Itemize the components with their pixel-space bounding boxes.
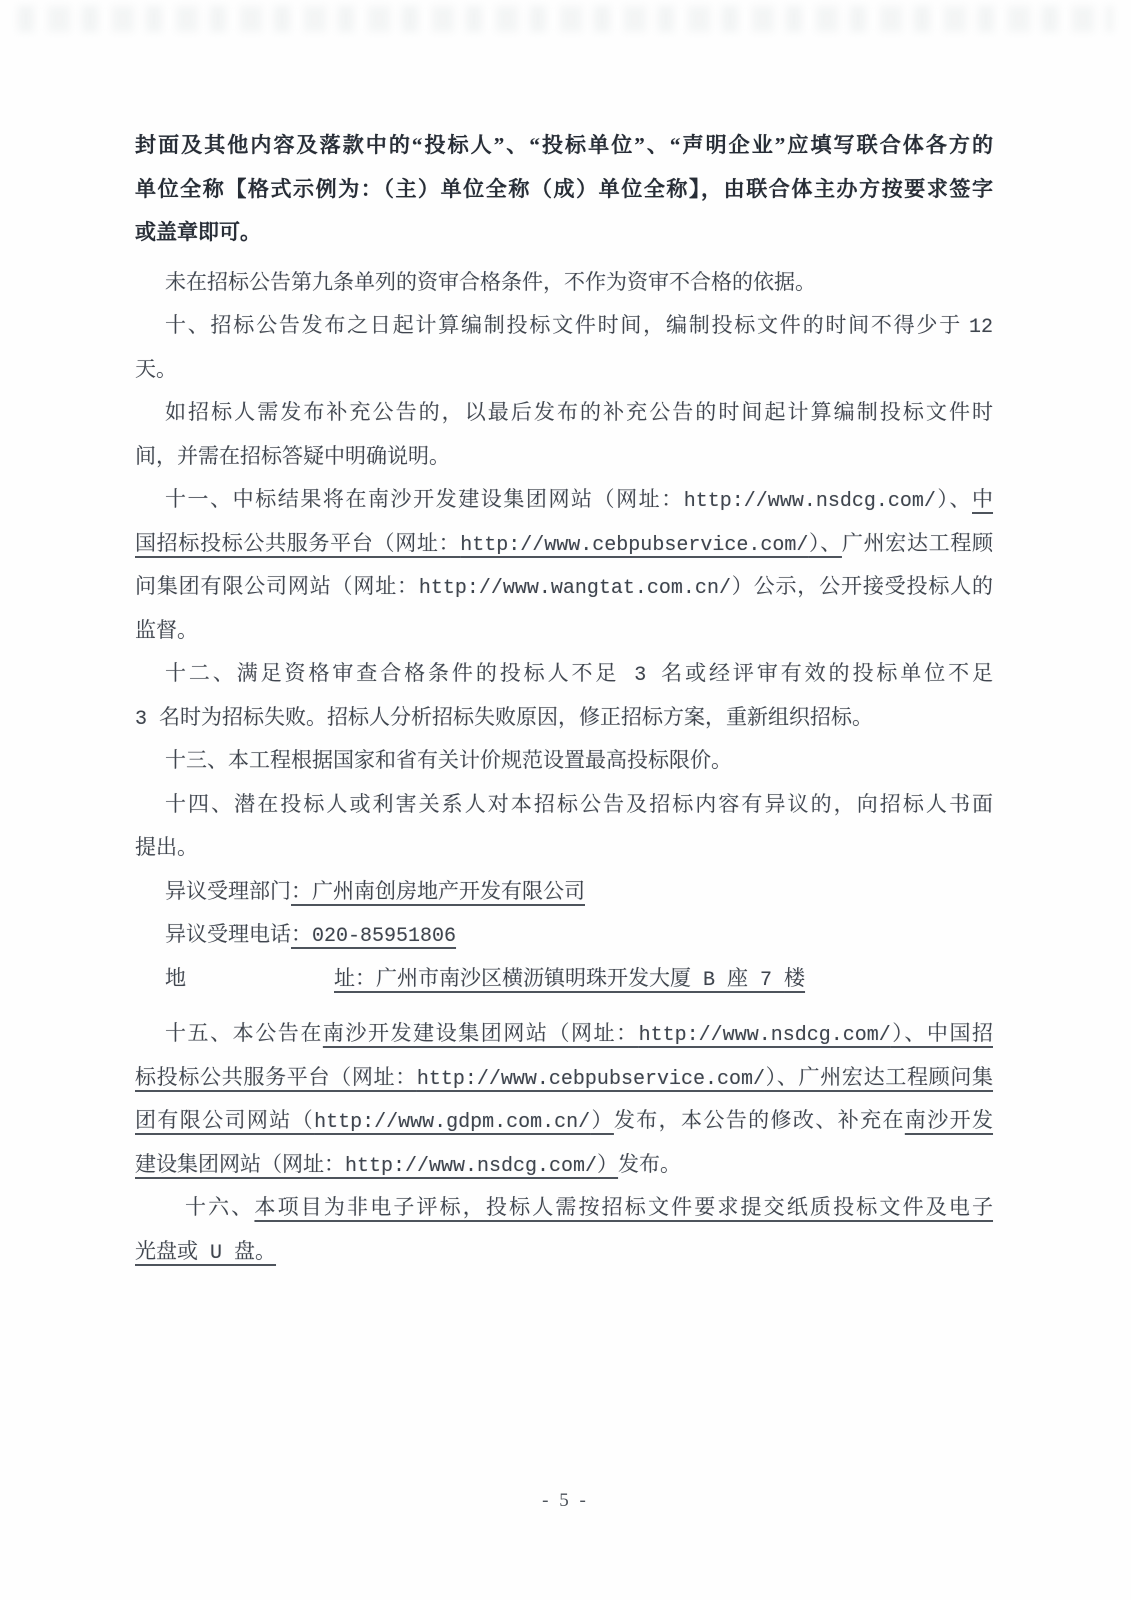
text-segment: 3 [619,664,661,687]
text-segment: 12 [969,316,993,339]
text-line: 或盖章即可。 [135,211,993,255]
text-segment: 南沙开发建设集团网站（网址： [323,1021,639,1045]
text-segment: 名时为招标失败。招标人分析招标失败原因，修正招标方案，重新组织招标。 [159,705,873,729]
text-segment: 未在招标公告第九条单列的资审合格条件，不作为资审不合格的依据。 [165,270,816,294]
text-segment: 间，并需在招标答疑中明确说明。 [135,444,450,468]
text-segment: 南沙开发 [905,1108,993,1132]
text-segment: http://www.nsdcg.com/ [639,1024,891,1047]
text-segment: 如招标人需发布补充公告的，以最后发布的补充公告的时间起计算编制投标文件时 [165,400,993,424]
scan-bleedthrough-artifact [18,6,1113,32]
text-segment: ）、 [936,487,972,511]
text-line: 十一、中标结果将在南沙开发建设集团网站（网址：http://www.nsdcg.… [135,478,993,522]
text-line: 光盘或 U 盘。 [135,1230,993,1274]
text-segment: 发布，本公告的修改、补充在 [614,1108,905,1132]
text-line: 监督。 [135,609,993,653]
text-line: 十、招标公告发布之日起计算编制投标文件时间，编制投标文件的时间不得少于 12 [135,304,993,348]
text-line: 地址：广州市南沙区横沥镇明珠开发大厦 B 座 7 楼 [135,957,993,1001]
text-line: 未在招标公告第九条单列的资审合格条件，不作为资审不合格的依据。 [135,261,993,305]
text-segment: 座 [727,966,748,990]
text-segment: 提出。 [135,835,198,859]
text-segment: http://www.nsdcg.com/ [684,490,936,513]
text-segment: 广州宏达工程顾 [842,531,993,555]
document-body: 封面及其他内容及落款中的“投标人”、“投标单位”、“声明企业”应填写联合体各方的… [135,124,993,1273]
text-line: 封面及其他内容及落款中的“投标人”、“投标单位”、“声明企业”应填写联合体各方的 [135,124,993,168]
text-segment: 十二、满足资格审查合格条件的投标人不足 [165,661,619,685]
text-segment: ）、中国招 [891,1021,993,1045]
text-segment: 3 [135,708,159,731]
text-segment: 发布。 [618,1152,681,1176]
text-segment: 十五、本公告在 [165,1021,323,1045]
text-line: 单位全称【格式示例为：（主）单位全称（成）单位全称】，由联合体主办方按要求签字 [135,168,993,212]
text-segment: 或盖章即可。 [135,220,261,244]
text-segment: 建设集团网站（网址： [135,1152,345,1176]
text-segment: http://www.cebpubservice.com/ [417,1068,765,1091]
text-segment: 十、招标公告发布之日起计算编制投标文件时间，编制投标文件的时间不得少于 [165,313,969,337]
text-segment: 单位全称【格式示例为：（主）单位全称（成）单位全称】，由联合体主办方按要求签字 [135,177,993,201]
text-segment: 团有限公司网站（ [135,1108,314,1132]
text-segment: 楼 [784,966,805,990]
text-line: 如招标人需发布补充公告的，以最后发布的补充公告的时间起计算编制投标文件时 [135,391,993,435]
text-segment: ： [291,922,312,946]
text-segment: 十四、潜在投标人或利害关系人对本招标公告及招标内容有异议的，向招标人书面 [165,792,993,816]
text-segment: 异议受理部门 [165,879,291,903]
text-segment: 十一、中标结果将在南沙开发建设集团网站（网址： [165,487,684,511]
text-segment: 020-85951806 [312,925,456,948]
text-line: 3 名时为招标失败。招标人分析招标失败原因，修正招标方案，重新组织招标。 [135,696,993,740]
document-page: 封面及其他内容及落款中的“投标人”、“投标单位”、“声明企业”应填写联合体各方的… [0,0,1131,1600]
text-segment: 标投标公共服务平台（网址： [135,1065,417,1089]
text-segment: ） [597,1152,618,1176]
text-line: 十四、潜在投标人或利害关系人对本招标公告及招标内容有异议的，向招标人书面 [135,783,993,827]
text-line: 异议受理部门：广州南创房地产开发有限公司 [135,870,993,914]
text-segment: 7 [748,969,784,992]
text-segment: 问集团有限公司网站（网址： [135,574,419,598]
text-segment: 十三、本工程根据国家和省有关计价规范设置最高投标限价。 [165,748,732,772]
text-segment: 封面及其他内容及落款中的“投标人”、“投标单位”、“声明企业”应填写联合体各方的 [135,133,993,157]
text-line: 十三、本工程根据国家和省有关计价规范设置最高投标限价。 [135,739,993,783]
text-line: 十二、满足资格审查合格条件的投标人不足 3 名或经评审有效的投标单位不足 [135,652,993,696]
text-segment: 光盘或 [135,1239,198,1263]
text-segment: http://www.wangtat.com.cn/ [419,577,731,600]
text-segment: 监督。 [135,618,198,642]
text-line: 标投标公共服务平台（网址：http://www.cebpubservice.co… [135,1056,993,1100]
text-segment: 本项目为非电子评标，投标人需按招标文件要求提交纸质投标文件及电子 [254,1195,993,1219]
text-segment: 异议受理电话 [165,922,291,946]
text-segment: ：广州南创房地产开发有限公司 [291,879,585,903]
text-segment: http://www.cebpubservice.com/ [460,534,808,557]
text-line: 十五、本公告在南沙开发建设集团网站（网址：http://www.nsdcg.co… [135,1012,993,1056]
text-line: 问集团有限公司网站（网址：http://www.wangtat.com.cn/）… [135,565,993,609]
text-line: 提出。 [135,826,993,870]
text-line: 建设集团网站（网址：http://www.nsdcg.com/）发布。 [135,1143,993,1187]
text-segment: 盘。 [234,1239,276,1263]
text-segment: 地 [165,966,186,990]
text-segment: U [198,1242,234,1265]
text-segment: ）、广州宏达工程顾问集 [765,1065,993,1089]
text-line: 间，并需在招标答疑中明确说明。 [135,435,993,479]
text-segment: 十六、 [185,1195,254,1219]
text-segment: 址：广州市南沙区横沥镇明珠开发大厦 [334,966,691,990]
text-segment: B [691,969,727,992]
text-line: 国招标投标公共服务平台（网址：http://www.cebpubservice.… [135,522,993,566]
text-segment: 名或经评审有效的投标单位不足 [661,661,993,685]
text-segment: ） [590,1108,614,1132]
text-line: 团有限公司网站（http://www.gdpm.com.cn/）发布，本公告的修… [135,1099,993,1143]
text-segment: http://www.nsdcg.com/ [345,1155,597,1178]
text-line: 十六、本项目为非电子评标，投标人需按招标文件要求提交纸质投标文件及电子 [135,1186,993,1230]
text-line: 天。 [135,348,993,392]
text-segment: http://www.gdpm.com.cn/ [314,1111,590,1134]
page-number: - 5 - [0,1490,1131,1512]
text-segment: 中 [972,487,993,511]
text-segment: ）公示，公开接受投标人的 [731,574,993,598]
text-segment: 天。 [135,357,177,381]
text-line: 异议受理电话：020-85951806 [135,913,993,957]
text-segment: ）、 [808,531,842,555]
text-segment: 国招标投标公共服务平台（网址： [135,531,460,555]
